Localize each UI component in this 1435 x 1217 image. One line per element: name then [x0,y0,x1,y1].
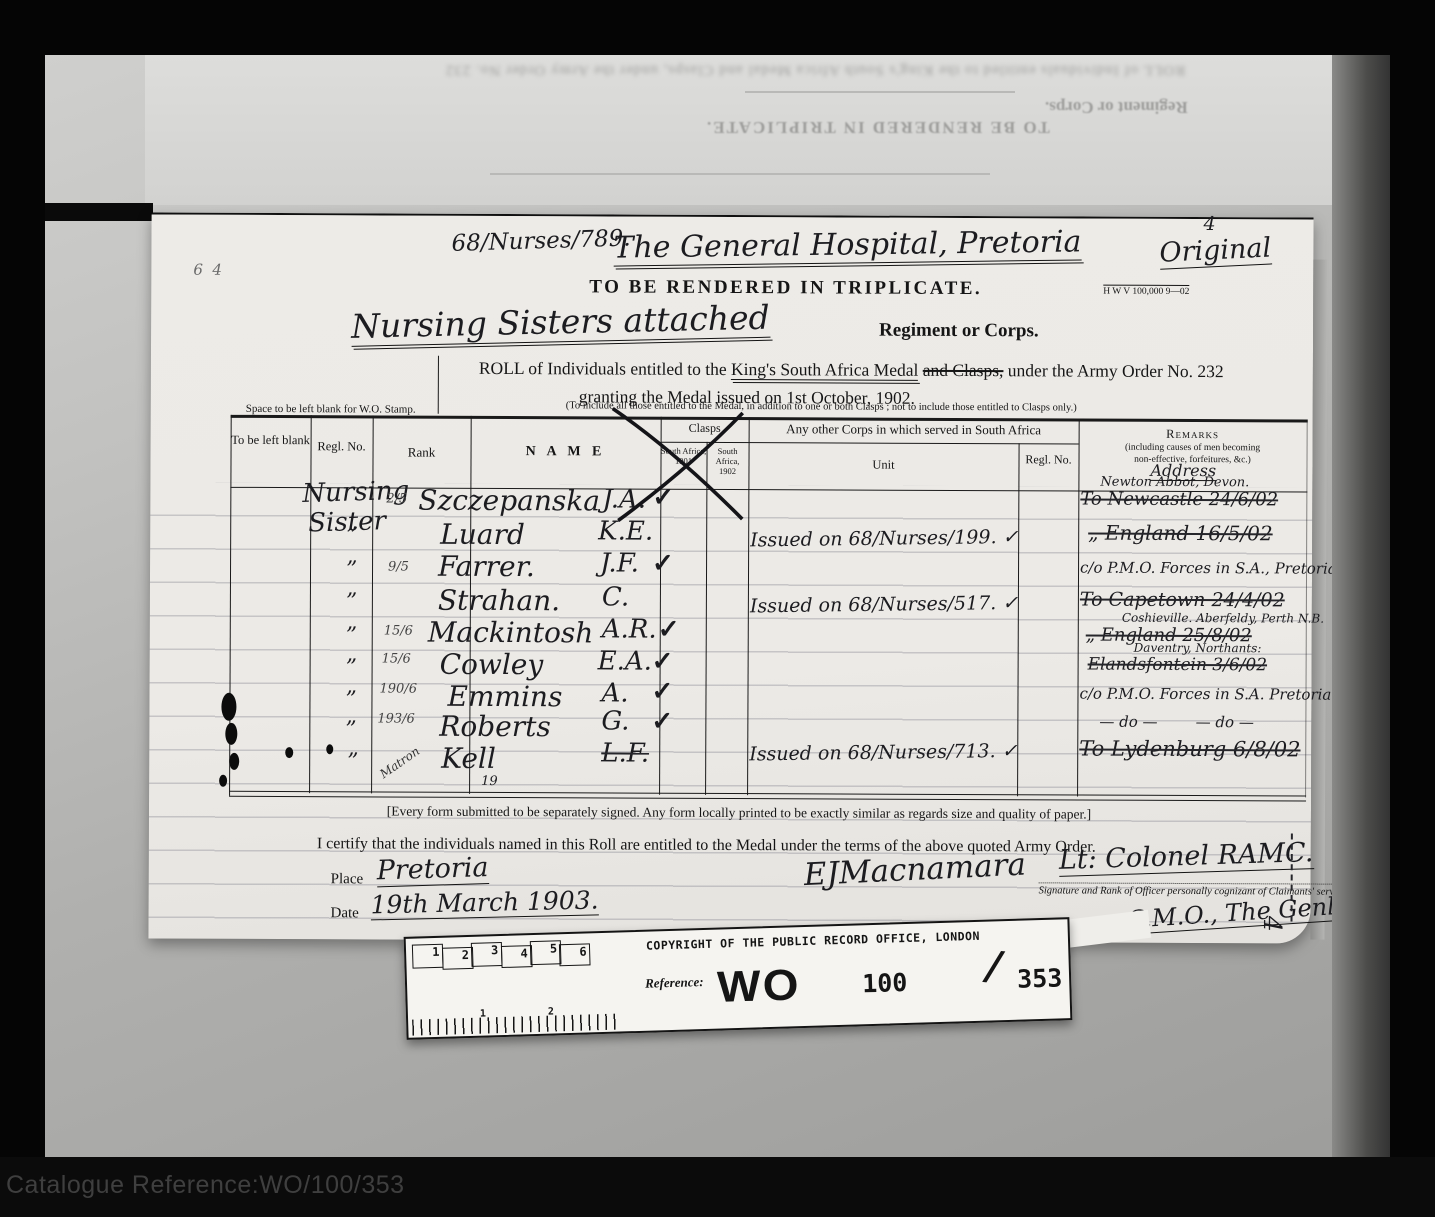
date-value-handwritten: 19th March 1903. [370,885,599,920]
unit-note: Issued on 68/Nurses/199. ✓ [750,526,1019,552]
header-remarks: Remarks [1079,427,1307,442]
roll-row: ” Strahan. C. Issued on 68/Nurses/517. ✓ [152,214,1314,219]
scale-number: 3 [471,942,503,967]
ink-blot [225,723,237,745]
roll-row: ” Luard K.E. Issued on 68/Nurses/199. ✓ [152,214,1314,219]
ghost-rule [745,91,1015,93]
reference-dept: WO [716,959,801,1013]
nurse-initials: L.F. [601,738,649,768]
ink-blot [229,753,239,770]
pencil-annotation: 15/6 [382,651,411,666]
unit-name-handwritten: Nursing Sisters attached [351,298,770,347]
roll-row: ” Matron Kell L.F. Issued on 68/Nurses/7… [152,214,1314,219]
catalogue-bar: Catalogue Reference:WO/100/353 [0,1157,1435,1217]
triplicate-heading: TO BE RENDERED IN TRIPLICATE. [589,276,982,300]
header-unit: Unit [748,457,1018,473]
reference-slash: / [979,942,1008,990]
date-label: Date [330,905,358,922]
pro-copyright-stamp: COPYRIGHT OF THE PUBLIC RECORD OFFICE, L… [404,917,1073,1040]
checkmark: ✓ [652,483,674,513]
ditto-mark: ” [345,687,356,712]
nurse-initials: G. [601,706,629,736]
scanned-document-photo: ROLL of Individuals entitled to the King… [0,0,1435,1217]
ditto-mark: ” [346,589,357,614]
header-regl-no: Regl. No. [311,439,373,454]
copyright-text: COPYRIGHT OF THE PUBLIC RECORD OFFICE, L… [646,929,980,953]
remark-struck: To Newcastle 24/6/02 [1080,489,1278,511]
remark-interline: Coshieville. Aberfeldy, Perth N.B. [1122,611,1324,626]
nurse-surname: Luard [440,518,525,551]
scale-number: 5 [530,940,562,965]
header-remarks-note1: (including causes of men becoming [1079,443,1307,455]
nurse-initials: K.E. [598,516,653,546]
roll-medal-name: King's South Africa Medal [731,359,918,381]
pencil-annotation: 9/5 [388,560,409,575]
unit-note: Issued on 68/Nurses/517. ✓ [750,592,1019,618]
pencil-annotation: 193/6 [377,711,415,726]
photo-backdrop: ROLL of Individuals entitled to the King… [45,55,1390,1160]
photo-right-shadow [1332,55,1390,1160]
ditto-mark: ” [346,623,357,648]
remark-address: c/o P.M.O. Forces in S.A. Pretoria. [1079,685,1336,704]
roll-text-post: under the Army Order No. 232 [1003,360,1223,381]
checkmark: ✓ [651,677,673,707]
nurse-surname: Cowley [440,648,544,681]
place-value-handwritten: Pretoria [376,852,489,887]
scale-number: 1 [412,944,444,969]
pencil-annotation: 2/5 [386,491,407,506]
nurse-surname: Mackintosh [428,616,594,650]
remark-address: c/o P.M.O. Forces in S.A., Pretoria. [1080,559,1342,578]
nurse-initials: C. [602,582,629,612]
roll-row: ” 9/5 Farrer. J.F. ✓ [152,214,1314,219]
scale-number: 6 [559,943,591,966]
header-to-be-left-blank: To be left blank [231,433,311,448]
file-number-handwritten: 68/Nurses/789. [451,225,631,256]
reference-series: 100 [862,968,908,998]
wo-stamp-note: Space to be left blank for W.O. Stamp. [246,403,416,416]
pencil-annotation: 190/6 [379,681,417,696]
ghost-triplicate-text: TO BE RENDERED IN TRIPLICATE. [705,117,1050,137]
ghost-regiment-text: Regiment or Corps. [1045,97,1188,117]
remark-struck: To Lydenburg 6/8/02 [1079,737,1300,762]
header-rank: Rank [373,445,471,460]
header-other-corps: Any other Corps in which served in South… [749,422,1079,438]
reference-piece: 353 [1017,963,1063,993]
ink-dot [326,744,333,754]
nurse-initials: E.A. [598,646,652,676]
remark-struck: „ England 16/5/02 [1088,521,1273,546]
place-label: Place [331,871,364,888]
printers-code: H W V 100,000 9—02 [1103,285,1189,297]
scale-cm-cells: 1 2 3 4 5 6 [414,939,591,970]
nurse-initials: A.R. [602,614,657,644]
nurse-initials: J.F. [600,548,639,578]
ink-blot [219,775,227,787]
margin-dashed-line [1291,833,1293,921]
remark-struck: Elandsfontein 3/6/02 [1088,655,1268,676]
roll-entitlement-line: ROLL of Individuals entitled to the King… [479,358,1224,382]
nurse-surname: Kell [441,742,496,775]
table-top-rule [231,415,1308,422]
checkmark: ✓ [651,707,673,737]
nurse-surname: Szczepanska [418,484,600,518]
roll-text-pre: ROLL of Individuals entitled to the [479,358,731,379]
roll-row: ” 15/6 Cowley E.A. ✓ [152,214,1314,219]
ditto-mark: ” [345,717,356,742]
checkmark: ✓ [652,647,674,677]
nurse-surname: Roberts [439,710,551,743]
roll-struck-clasps: and Clasps, [923,360,1004,380]
ditto-mark: ” [347,749,358,774]
nurse-initials: A. [601,678,628,708]
nurse-initials: J.A. [602,484,646,514]
ditto-mark: ” [346,655,357,680]
stamp-divider-line [438,356,440,414]
roll-row: ” 190/6 Emmins A. ✓ [152,214,1314,219]
pencil-annotation: 15/6 [384,623,413,638]
checkmark: ✓ [652,549,674,579]
roll-row: ” 15/6 Mackintosh A.R. ✓ [152,214,1314,219]
medal-roll-form: 6 4 68/Nurses/789. The General Hospital,… [148,212,1313,943]
remark-interline: Daventry, Northants: [1134,641,1262,656]
roll-row: 2/5 Szczepanska J.A. ✓ [152,214,1314,219]
scale-ruler-ticks [412,1014,616,1036]
checkmark: ✓ [658,615,680,645]
regiment-or-corps-label: Regiment or Corps. [879,320,1039,343]
count-note: 19 [481,774,498,789]
nurse-surname: Strahan. [438,584,560,618]
nurse-surname: Farrer. [438,550,535,583]
page-number-mark: 4 [1204,213,1216,235]
ink-dot [285,747,293,758]
roll-row: ” 193/6 Roberts G. ✓ [152,214,1314,219]
catalogue-reference-text: Catalogue Reference:WO/100/353 [6,1171,405,1200]
hospital-title-handwritten: The General Hospital, Pretoria [613,224,1081,266]
ghost-rule [490,173,990,175]
nurse-surname: Emmins [447,680,562,714]
original-handwritten: Original [1159,232,1272,269]
page-gap-shadow [45,203,153,221]
corner-mark: 4 [1258,916,1287,932]
ditto-mark: ” [346,523,357,548]
ghost-previous-page: ROLL of Individuals entitled to the King… [145,55,1365,205]
scale-number: 2 [442,947,474,970]
ghost-show-through-text: ROLL of Individuals entitled to the King… [445,61,1185,78]
unit-note: Issued on 68/Nurses/713. ✓ [749,740,1018,766]
remark-struck: To Capetown 24/4/02 [1080,589,1285,612]
ditto-mark: ” [346,557,357,582]
pencil-marks: 6 4 [193,261,222,279]
ink-blot [221,693,236,721]
remark-ditto: — do — — do — [1099,713,1254,732]
reference-label: Reference: [645,974,704,992]
header-regl-no-2: Regl. No. [1018,453,1078,467]
scale-number: 4 [501,945,533,968]
